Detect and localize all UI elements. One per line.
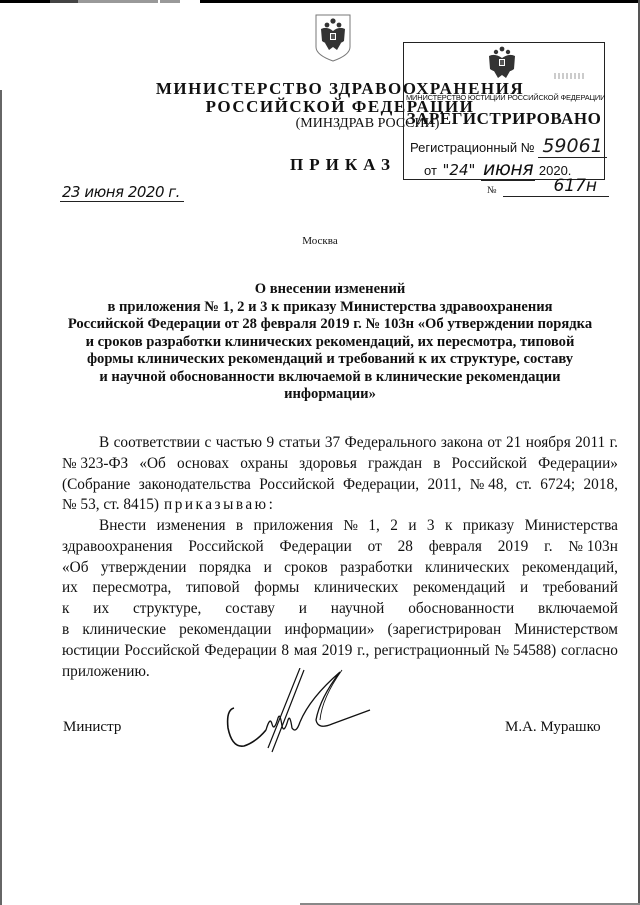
stamp-reg-number: Регистрационный № 59061 bbox=[410, 135, 607, 157]
document-type: ПРИКАЗ bbox=[290, 155, 396, 175]
word: 28 bbox=[398, 537, 413, 558]
word: требований bbox=[543, 578, 618, 599]
word: Федерации, bbox=[343, 475, 419, 496]
paragraph-preamble: Всоответствиисчастью9статьи37Федеральног… bbox=[62, 433, 618, 516]
word: Российской bbox=[452, 454, 527, 475]
text-line: № 53, ст. 8415) приказываю: bbox=[62, 495, 618, 516]
word: утверждении bbox=[101, 558, 187, 579]
stamp-authority: МИНИСТЕРСТВО ЮСТИЦИИ РОССИЙСКОЙ ФЕДЕРАЦИ… bbox=[406, 93, 602, 102]
word: клинических bbox=[425, 558, 510, 579]
stamp-noise bbox=[554, 73, 584, 79]
word: их bbox=[93, 599, 109, 620]
word: г. bbox=[610, 433, 618, 454]
word: клинические bbox=[82, 620, 166, 641]
word: и bbox=[264, 558, 272, 579]
word: к bbox=[445, 516, 452, 537]
word: 6724; bbox=[540, 475, 575, 496]
title-line: Российской Федерации от 28 февраля 2019 … bbox=[40, 316, 620, 334]
word: (Собрание bbox=[62, 475, 130, 496]
stamp-reg-label: Регистрационный № bbox=[410, 140, 535, 155]
word: 2011 bbox=[575, 433, 605, 454]
word: включаемой bbox=[538, 599, 618, 620]
word: 2018, bbox=[584, 475, 618, 496]
word: 3 bbox=[427, 516, 435, 537]
text-line: Внестиизменениявприложения№1,2и3кприказу… bbox=[62, 516, 618, 537]
order-number-value: 617н bbox=[503, 176, 609, 197]
word: 2019 bbox=[322, 641, 353, 662]
word: № bbox=[343, 516, 358, 537]
word: граждан bbox=[368, 454, 422, 475]
word: и bbox=[408, 516, 416, 537]
order-verb: приказываю: bbox=[164, 495, 275, 516]
word: Федерации» bbox=[538, 454, 618, 475]
word: соответствии bbox=[114, 433, 200, 454]
word: В bbox=[99, 433, 109, 454]
word: Министерством bbox=[514, 620, 618, 641]
word: Федерального bbox=[345, 433, 437, 454]
word: мая bbox=[294, 641, 317, 662]
word: типовой bbox=[186, 578, 240, 599]
word: февраля bbox=[429, 537, 482, 558]
stamp-status: ЗАРЕГИСТРИРОВАНО bbox=[404, 109, 604, 129]
word: юстиции bbox=[62, 641, 120, 662]
word: закона bbox=[441, 433, 483, 454]
text-segment: № 53, ст. 8415) bbox=[62, 495, 159, 516]
stamp-date-prefix: от bbox=[424, 163, 437, 178]
text-line: юстицииРоссийскойФедерации8мая2019г.,рег… bbox=[62, 641, 618, 662]
scan-edge-top bbox=[0, 0, 640, 3]
text-segment: приложению. bbox=[62, 662, 150, 683]
word: рекомендаций, bbox=[522, 558, 618, 579]
word: в bbox=[236, 516, 243, 537]
word: порядка bbox=[199, 558, 251, 579]
text-line: ихпересмотра,типовойформыклиническихреко… bbox=[62, 578, 618, 599]
word: клинических bbox=[314, 578, 399, 599]
word: от bbox=[487, 433, 501, 454]
title-line: и научной обоснованности включаемой в кл… bbox=[40, 369, 620, 387]
word: приказу bbox=[463, 516, 514, 537]
word: № 103н bbox=[568, 537, 618, 558]
word: Министерства bbox=[525, 516, 618, 537]
word: частью bbox=[216, 433, 262, 454]
city: Москва bbox=[0, 235, 640, 247]
word: в bbox=[62, 620, 69, 641]
word: основах bbox=[177, 454, 229, 475]
word: к bbox=[62, 599, 69, 620]
word: 2019 bbox=[498, 537, 529, 558]
word: № 48, bbox=[470, 475, 508, 496]
text-line: кихструктуре,составуинаучнойобоснованнос… bbox=[62, 599, 618, 620]
word: научной bbox=[331, 599, 385, 620]
word: Федерации bbox=[280, 537, 352, 558]
word: и bbox=[520, 578, 528, 599]
stamp-coat-of-arms-icon bbox=[485, 45, 519, 81]
stamp-date-day: "24" bbox=[441, 161, 478, 180]
word: и bbox=[299, 599, 307, 620]
word: обоснованности bbox=[408, 599, 514, 620]
title-line: О внесении изменений bbox=[40, 281, 620, 299]
word: г. bbox=[544, 537, 552, 558]
word: г., bbox=[357, 641, 369, 662]
word: рекомендаций bbox=[413, 578, 505, 599]
coat-of-arms-icon bbox=[313, 13, 353, 63]
word: «Об bbox=[139, 454, 165, 475]
word: № 323-ФЗ bbox=[62, 454, 128, 475]
word: охраны bbox=[240, 454, 288, 475]
order-date: 23 июня 2020 г. bbox=[60, 183, 184, 202]
word: рекомендации bbox=[179, 620, 271, 641]
word: 2 bbox=[390, 516, 398, 537]
text-line: Всоответствиисчастью9статьи37Федеральног… bbox=[62, 433, 618, 454]
scan-edge-left bbox=[0, 90, 2, 905]
word: приложения bbox=[254, 516, 334, 537]
word: Внести bbox=[99, 516, 146, 537]
word: законодательства bbox=[139, 475, 251, 496]
word: (зарегистрирован bbox=[388, 620, 502, 641]
word: «Об bbox=[62, 558, 88, 579]
title-line: в приложения № 1, 2 и 3 к приказу Минист… bbox=[40, 299, 620, 317]
word: в bbox=[433, 454, 440, 475]
word: согласно bbox=[561, 641, 618, 662]
text-line: № 323-ФЗ«Обосновахохраныздоровьягражданв… bbox=[62, 454, 618, 475]
text-line: вклиническиерекомендацииинформации»(заре… bbox=[62, 620, 618, 641]
word: ст. bbox=[516, 475, 532, 496]
text-line: «Обутверждениипорядкаисроковразработкикл… bbox=[62, 558, 618, 579]
title-line: информации» bbox=[40, 386, 620, 404]
word: от bbox=[368, 537, 382, 558]
handwritten-signature-icon bbox=[220, 668, 390, 760]
word: информации» bbox=[285, 620, 375, 641]
signatory-role: Министр bbox=[63, 719, 121, 736]
word: 37 bbox=[325, 433, 340, 454]
word: статьи bbox=[279, 433, 321, 454]
title-line: и сроков разработки клинических рекоменд… bbox=[40, 334, 620, 352]
word: Российской bbox=[124, 641, 199, 662]
word: разработки bbox=[340, 558, 412, 579]
word: их bbox=[62, 578, 78, 599]
word: составу bbox=[225, 599, 275, 620]
text-line: здравоохраненияРоссийскойФедерацииот28фе… bbox=[62, 537, 618, 558]
word: пересмотра, bbox=[92, 578, 171, 599]
paragraph-order: Внестиизменениявприложения№1,2и3кприказу… bbox=[62, 516, 618, 682]
word: 2011, bbox=[428, 475, 462, 496]
word: 21 bbox=[506, 433, 521, 454]
stamp-reg-number-value: 59061 bbox=[538, 135, 606, 158]
word: ноября bbox=[526, 433, 571, 454]
title-line: формы клинических рекомендаций и требова… bbox=[40, 351, 620, 369]
word: изменения bbox=[157, 516, 226, 537]
order-number-label: № bbox=[487, 185, 497, 196]
word: сроков bbox=[284, 558, 328, 579]
word: Российской bbox=[259, 475, 334, 496]
word: формы bbox=[254, 578, 299, 599]
word: 8 bbox=[281, 641, 289, 662]
word: 1, bbox=[368, 516, 379, 537]
word: регистрационный bbox=[374, 641, 490, 662]
text-line: (СобраниезаконодательстваРоссийскойФедер… bbox=[62, 475, 618, 496]
document-title: О внесении изменений в приложения № 1, 2… bbox=[40, 281, 620, 404]
word: Федерации bbox=[204, 641, 276, 662]
word: № 54588) bbox=[495, 641, 557, 662]
word: структуре, bbox=[133, 599, 201, 620]
word: здравоохранения bbox=[62, 537, 173, 558]
word: здоровья bbox=[299, 454, 357, 475]
word: Российской bbox=[188, 537, 263, 558]
signatory-name: М.А. Мурашко bbox=[505, 719, 601, 736]
word: с bbox=[204, 433, 211, 454]
word: 9 bbox=[267, 433, 275, 454]
